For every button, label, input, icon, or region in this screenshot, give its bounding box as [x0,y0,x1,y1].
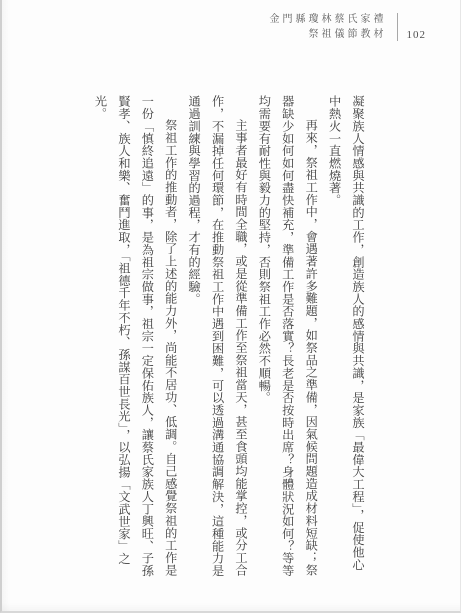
book-page: 金門縣瓊林蔡氏家禮 祭祖儀節教材 102 凝聚族人情感與共識的工作，創造族人的感… [0,0,461,613]
running-head-title: 金門縣瓊林蔡氏家禮 祭祖儀節教材 [270,12,387,42]
paragraph: 祭祖工作的推動者，除了上述的能力外，尚能不居功、低調。自己感覺祭祖的工作是一份「… [88,95,182,578]
running-head-title-line2: 祭祖儀節教材 [270,27,387,42]
paragraph: 主事者最好有時間全職，或是從準備工作至祭祖當天，甚至食頭均能掌控，或分工合作，不… [182,95,252,578]
page-number: 102 [407,29,427,42]
paragraph: 凝聚族人情感與共識的工作，創造族人的感情與共識，是家族「最偉大工程」，促使他心中… [322,95,369,578]
running-head: 金門縣瓊林蔡氏家禮 祭祖儀節教材 102 [270,12,427,42]
running-head-title-line1: 金門縣瓊林蔡氏家禮 [270,12,387,27]
header-divider [397,13,398,41]
vertical-text-block: 凝聚族人情感與共識的工作，創造族人的感情與共識，是家族「最偉大工程」，促使他心中… [88,95,369,578]
paragraph: 再來，祭祖工作中，會遇著許多難題，如祭品之準備，因氣候問題造成材料短缺；祭器缺少… [252,95,322,578]
